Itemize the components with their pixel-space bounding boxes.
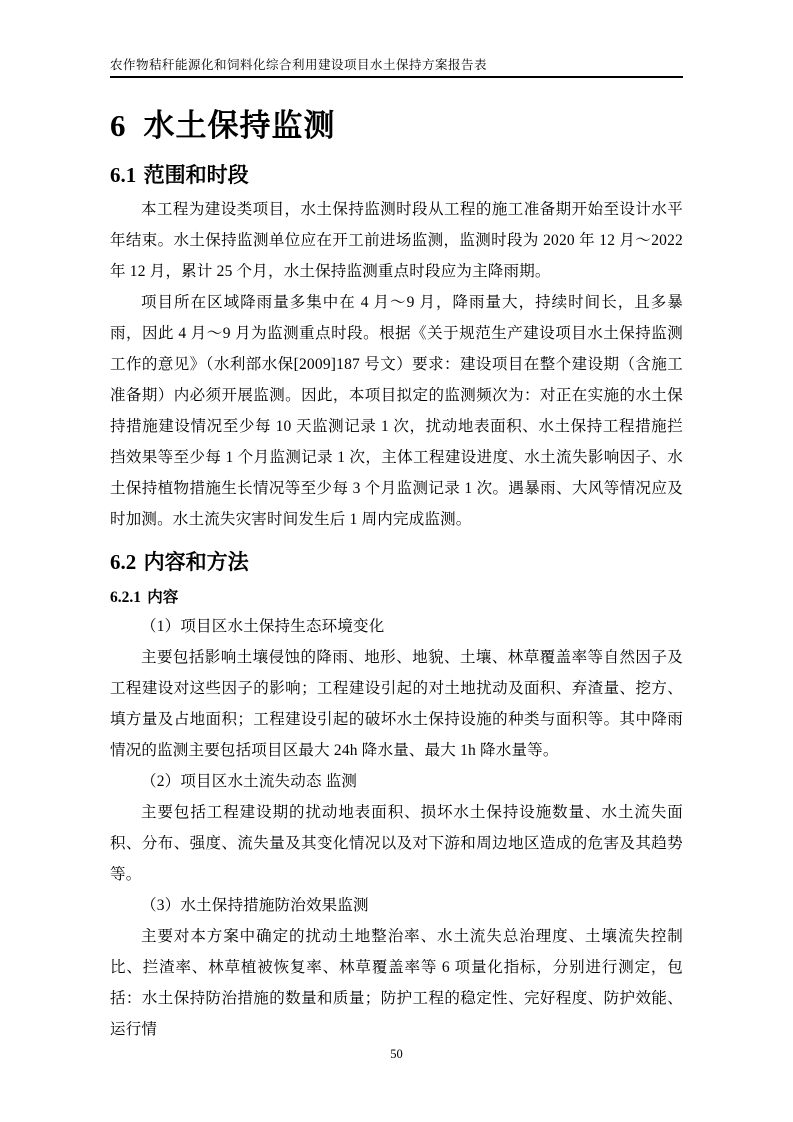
document-page: 农作物秸秆能源化和饲料化综合利用建设项目水土保持方案报告表 6水土保持监测 6.…	[0, 0, 793, 1122]
section-6-1-number: 6.1	[110, 163, 136, 187]
page-number: 50	[390, 1047, 403, 1061]
chapter-title: 水土保持监测	[144, 108, 336, 143]
section-heading-6-1: 6.1范围和时段	[110, 161, 683, 189]
paragraph-scope-period-1: 本工程为建设类项目，水土保持监测时段从工程的施工准备期开始至设计水平年结束。水土…	[110, 194, 683, 287]
paragraph-item-1-detail: 主要包括影响土壤侵蚀的降雨、地形、地貌、土壤、林草覆盖率等自然因子及工程建设对这…	[110, 642, 683, 766]
document-content: 农作物秸秆能源化和饲料化综合利用建设项目水土保持方案报告表 6水土保持监测 6.…	[0, 0, 793, 1045]
section-6-2-title: 内容和方法	[144, 550, 249, 574]
section-heading-6-2: 6.2内容和方法	[110, 548, 683, 576]
paragraph-item-3-detail: 主要对本方案中确定的扰动土地整治率、水土流失总治理度、土壤流失控制比、拦渣率、林…	[110, 921, 683, 1045]
section-6-1-title: 范围和时段	[144, 163, 249, 187]
running-title: 农作物秸秆能源化和饲料化综合利用建设项目水土保持方案报告表	[110, 58, 487, 72]
list-item-3-label: （3）水土保持措施防治效果监测	[110, 890, 683, 921]
paragraph-item-2-detail: 主要包括工程建设期的扰动地表面积、损坏水土保持设施数量、水土流失面积、分布、强度…	[110, 797, 683, 890]
page-footer: 50	[0, 1046, 793, 1062]
page-header: 农作物秸秆能源化和饲料化综合利用建设项目水土保持方案报告表	[110, 57, 683, 78]
subsection-6-2-1-number: 6.2.1	[110, 589, 141, 606]
section-6-2-number: 6.2	[110, 550, 136, 574]
chapter-heading: 6水土保持监测	[110, 107, 683, 145]
subsection-heading-6-2-1: 6.2.1内容	[110, 586, 683, 610]
list-item-1-label: （1）项目区水土保持生态环境变化	[110, 611, 683, 642]
paragraph-scope-period-2: 项目所在区域降雨量多集中在 4 月～9 月，降雨量大，持续时间长，且多暴雨，因此…	[110, 287, 683, 535]
chapter-number: 6	[110, 108, 127, 143]
subsection-6-2-1-title: 内容	[147, 589, 178, 606]
list-item-2-label: （2）项目区水土流失动态 监测	[110, 766, 683, 797]
